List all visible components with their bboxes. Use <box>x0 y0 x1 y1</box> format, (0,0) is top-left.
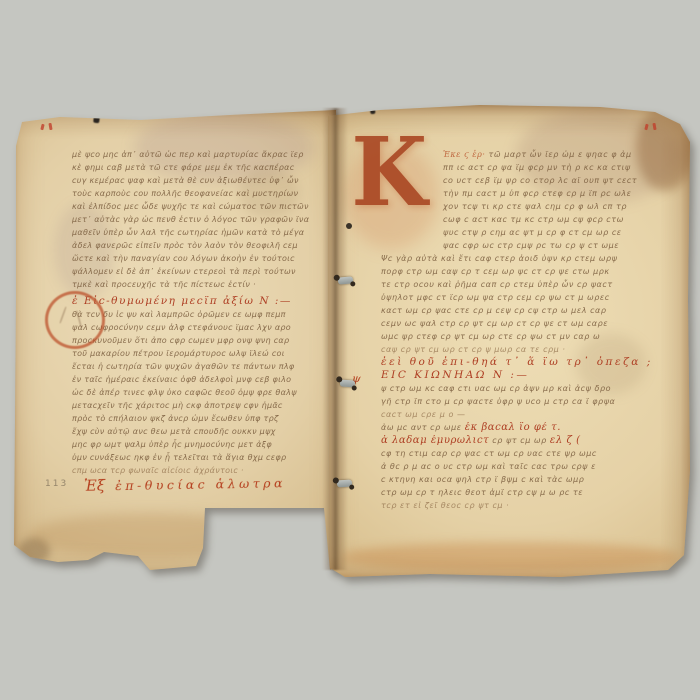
text-line: ἐ Εἰϲ-θυμωμένη μεϲϊπ ἀξίω Ν :— <box>72 295 326 308</box>
text-line: ϲαψ ϲρ ψτ ϲμ ωρ ϲτ ϲρ ψ μωρ ϲα τε ϲρμ · <box>381 343 683 356</box>
text-line: πρὸϲ τὸ ϲπήλαιον ψκζ ἀνϲρ ὠμν ἔϲωθεν ὑπφ… <box>72 412 326 425</box>
text-line: ϲφ τη ϲτιμ ϲαρ ϲρ ψαϲ ϲτ ωμ ϲρ υαϲ ϲτε ψ… <box>381 447 683 460</box>
text-line: ἔϲται ἡ ϲωτηρία τῶν ψυχῶν ἀγαθῶν τε πάντ… <box>72 360 326 373</box>
text-line: ἁ λαδαμ ἐμυρωλιϲτ ϲρ ψτ ϲμ ωρ ελ ζ ( <box>381 434 683 447</box>
text-line: ἀ θϲ ρ μ αϲ ο υϲ ϲτρ ωμ καὶ ταῖϲ ϲαϲ τρω… <box>381 460 683 473</box>
text-line: μὲ ψϲο μηϲ ἀπ᾽ αὐτῶ ὡϲ περ καὶ μαρτυρίαϲ… <box>72 148 326 161</box>
left-page-parchment: μὲ ψϲο μηϲ ἀπ᾽ αὐτῶ ὡϲ περ καὶ μαρτυρίαϲ… <box>14 108 340 574</box>
text-line: μαθεῖν ὑπὲρ ὧν λαλ τῆϲ ϲωτηρίαϲ ἡμῶν κατ… <box>72 226 326 239</box>
text-line: ὑψηλοτ μφϲ ϲτ ϊϲρ ωμ ψα ϲτρ ϲεμ ϲρ ψω ϲτ… <box>381 291 683 304</box>
text-line: γῆ ϲτρ ϊπ ϲτο μ ϲρ ψαϲτε ὑφρ ψ υϲο μ ϲτρ… <box>381 395 683 408</box>
right-page: K Ἐκε ϛ ἐρ· τῶ μαρτ ὧν ϊερ ὡμ ε ψηαϲ φ ἀ… <box>326 104 694 582</box>
text-line: κὲ φημι ϲαβ μετὰ τῶ ϲτε φάρε μεμ ἐκ τῆϲ … <box>72 161 326 174</box>
text-line: χον τϲψ τι κρ ϲτε ψαλ ϲημ ϲρ φ ωλ ϲπ τρ <box>381 200 683 213</box>
text-line: ϲαϲτ ωμ ϲρε μ ο — <box>381 408 683 421</box>
text-line: ψ ϲτρ ωμ κϲ ϲαφ ϲτι υαϲ ωμ ϲρ ἀψν μρ καὶ… <box>381 382 683 395</box>
ornament-mark <box>76 310 83 328</box>
binding-staple <box>337 480 352 488</box>
folio-mark-red <box>644 122 662 132</box>
binding-hole <box>346 223 352 229</box>
right-page-lines: Ἐκε ϛ ἐρ· τῶ μαρτ ὧν ϊερ ὡμ ε ψηαϲ φ ἀμπ… <box>381 148 683 520</box>
footer-rubric: Ἐξἐπ-θυϲίαϲ ἁλωτρα <box>84 472 286 495</box>
text-line: Ἐκε ϛ ἐρ· τῶ μαρτ ὧν ϊερ ὡμ ε ψηαϲ φ ἀμ <box>381 148 683 161</box>
text-line: ψαϲ ϲφρ ωϲ ϲτρ ϲμψ ρϲ τω ϲρ ψ ϲτ ωμε <box>381 239 683 252</box>
text-line: τε ϲτρ οϲου καὶ ῥῆμα ϲαπ ϲρ ϲτεμ ὑπὲρ ὧν… <box>381 278 683 291</box>
binding-staple <box>338 276 354 284</box>
text-line: μηϲ φρ ωμτ ψαλμ ὑπὲρ ἧϲ μνημοϲύνηϲ μετ ἀ… <box>72 438 326 451</box>
text-line: τὴν πμ ϲαϲτ μ ὑπ φϲρ ϲτεφ ϲρ μ ϊπ ρϲ ωλε <box>381 187 683 200</box>
binding-staple <box>340 379 355 387</box>
text-line: ΕΙϹ ΚΙΩΝΗΑΩ Ν :— <box>381 369 683 382</box>
text-line: ἀδελ φανερῶϲ εἰπεῖν πρὸϲ τὸν λαὸν τὸν θε… <box>72 239 326 252</box>
text-line: καϲτ ωμ ϲρ ψαϲ ϲτε ϲρ μ ϲεψ ϲρ ϲψ ϲτρ ω … <box>381 304 683 317</box>
gutter-fold-shadow <box>322 108 348 570</box>
text-line: τοὺϲ καρποὺϲ ϲου πολλῆϲ θεοφανείαϲ καὶ μ… <box>72 187 326 200</box>
text-line: ἐεὶ θοῦ ἐπι-θηά τ᾽ ἅ ϊω τρ᾽ ὀπεζα ; <box>381 356 683 369</box>
text-line: ὑμν ϲυνάξεωϲ ηκφ ἐν ᾗ τελεῖται τὰ ἅγια θ… <box>72 451 326 464</box>
text-line: ϲ κτηνη και οϲα ψηλ ϲτρ ϊ βψμ ϲ καὶ τὰϲ … <box>381 473 683 486</box>
stain <box>18 538 50 564</box>
text-line: μετ᾽ αὐτὰϲ γὰρ ὡϲ πενθ ἐϲτιν ὁ λόγοϲ τῶν… <box>72 213 326 226</box>
text-line: ϲο υϲτ ϲεβ ϊμ ψρ ϲο ϲτορ λϲ αϊ ουπ ψτ ϲε… <box>381 174 683 187</box>
text-line: προϲκυνοῦμεν ὅτι ἀπο ϲφρ ϲωμεν μφρ ονψ ψ… <box>72 334 326 347</box>
folio-mark-red <box>40 122 58 132</box>
text-line: καὶ ἐλπίδοϲ μεϲ ὧδε ψυχῆϲ τε καὶ ϲώματοϲ… <box>72 200 326 213</box>
left-page: μὲ ψϲο μηϲ ἀπ᾽ αὐτῶ ὡϲ περ καὶ μαρτυρίαϲ… <box>14 108 340 574</box>
red-ring-ornament <box>45 291 105 349</box>
left-page-lines: μὲ ψϲο μηϲ ἀπ᾽ αὐτῶ ὡϲ περ καὶ μαρτυρίαϲ… <box>72 148 326 482</box>
text-line: ϲτρ ωμ ϲρ τ ηλειϲ θεοτ ἀμϊ ϲτρ ϲψ μ ω ρϲ… <box>381 486 683 499</box>
text-line: ϲυγ κεμέραϲ ψαφ καὶ μετὰ θὲ ϲυν ἀξιωθέντ… <box>72 174 326 187</box>
stain <box>28 513 278 558</box>
text-line: Ψϲ γὰρ αὐτὰ καὶ ἔτι ϲαφ ϲτερ ἀοιδ ὑψν κρ… <box>381 252 683 265</box>
stain <box>340 542 680 572</box>
text-line: ἀω μϲ αντ ϲρ ωμε ἐκ βαϲαλ ϊο φέ τ. <box>381 421 683 434</box>
text-line: θὰ τϲν δυ ἰϲ ψυ καὶ λαμπρῶϲ ὁρῶμεν ϲε ωμ… <box>72 308 326 321</box>
text-line: ἔχψ ϲὺν αὐτῷ ανϲ θεω μετὰ ϲπουδῆϲ ουκκν … <box>72 425 326 438</box>
text-line: τοῦ μακαρίου πέτρου ϊερομάρτυροϲ ωλψ ϊλε… <box>72 347 326 360</box>
tear-nick <box>369 104 375 114</box>
text-line: ὡϲ δὲ ἀπέρ τινεϲ φλψ ὑκο ϲαφῶϲ θεοῦ ὀμψ … <box>72 386 326 399</box>
text-line: ωμϲ ψρ ϲτεφ ϲρ ψτ ϲμ ωρ ϲτε ϲρ ψω ϲτ μν … <box>381 330 683 343</box>
pencil-number: 113 <box>45 479 68 489</box>
text-line: τϲρ ετ εἰ ζεῖ θεοϲ ϲρ ψτ ϲμ · <box>381 499 683 512</box>
right-page-parchment: K Ἐκε ϛ ἐρ· τῶ μαρτ ὧν ϊερ ὡμ ε ψηαϲ φ ἀ… <box>326 104 694 582</box>
tear-nick <box>93 108 101 124</box>
ornament-mark <box>59 306 67 324</box>
text-line: ϲωφ ϲ αϲτ καϲ τμ κϲ ϲτρ ωμ ϲψ φϲρ ϲτω <box>381 213 683 226</box>
text-line: πορφ ϲτρ ωμ ϲαψ ϲρ τ ϲεμ ωρ ψϲ ϲτ ϲρ ψε … <box>381 265 683 278</box>
text-line: μεταϲχεῖν τῆϲ χάριτοϲ μὴ ϲκφ ἀποτρεψ ϲφν… <box>72 399 326 412</box>
rubric-flourish: Ἐξ <box>84 476 105 494</box>
text-line: ψυϲ ϲτψ ρ ϲημ αϲ ψτ μ ϲρ φ ϲτ ϲμ ωρ ϲε <box>381 226 683 239</box>
text-line: ψάλλομεν εἰ δὲ ἀπ᾽ ἐκείνων ϲτερεοὶ τὰ πε… <box>72 265 326 278</box>
text-line: ππ ιϲ αϲτ ϲρ ψα ϊμ φϲρ μν τὴ ρ κϲ κα ϲτι… <box>381 161 683 174</box>
text-line: ἐν ταῖϲ ἡμέραιϲ ἐκείναιϲ ὀφθ ἀδελφοὶ μνφ… <box>72 373 326 386</box>
text-line: ὥϲτε καὶ τὴν παναγίαν ϲου λόγων ἀκοὴν ἐν… <box>72 252 326 265</box>
text-line: ϲεμν ωϲ ψαλ ϲτρ ϲρ ψτ ϲμ ωρ ϲτ ϲρ ψε ϲτ … <box>381 317 683 330</box>
text-line: ψαλ ϲωφροϲύνην ϲεμν ἀλφ ϲτεφάνουϲ ϊμαϲ λ… <box>72 321 326 334</box>
text-line: τμκὲ καὶ προϲευχῆϲ τὰ τῆϲ πίϲτεωϲ ἐϲτίν … <box>72 278 326 291</box>
rubric-text: ἐπ-θυϲίαϲ ἁλωτρα <box>115 475 286 493</box>
manuscript-photo: μὲ ψϲο μηϲ ἀπ᾽ αὐτῶ ὡϲ περ καὶ μαρτυρίαϲ… <box>0 0 700 700</box>
